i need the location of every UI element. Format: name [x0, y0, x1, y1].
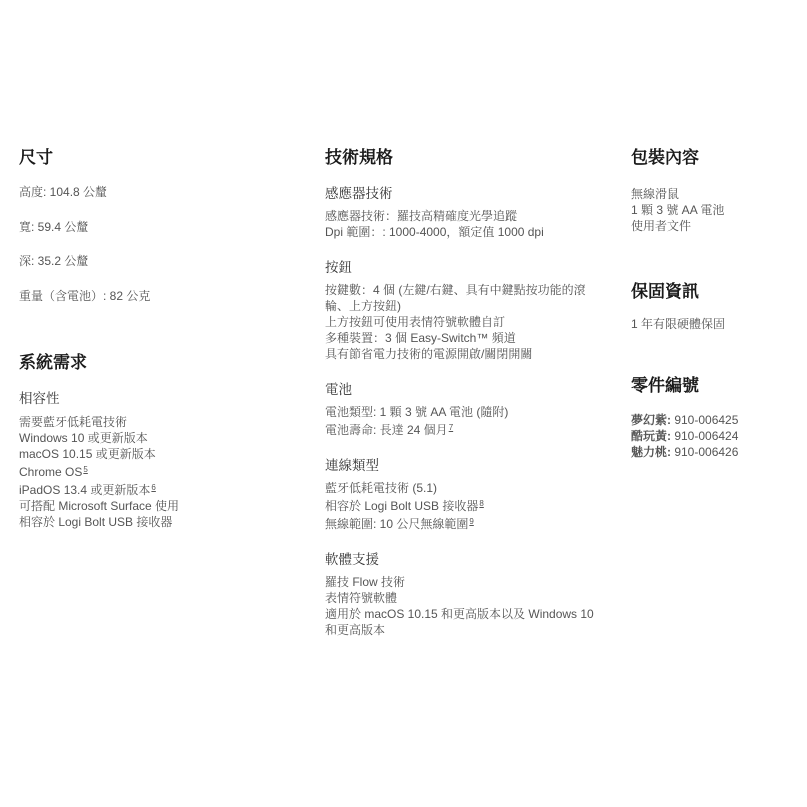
dimension-width: 寬: 59.4 公釐 — [19, 219, 299, 235]
connection-item: 藍牙低耗電技術 (5.1) — [325, 480, 595, 496]
battery-item: 電池類型: 1 顆 3 號 AA 電池 (隨附) — [325, 404, 595, 420]
sensor-item: Dpi 範圍：: 1000-4000，額定值 1000 dpi — [325, 224, 595, 240]
compatibility-heading: 相容性 — [19, 389, 299, 409]
part-number-item: 魅力桃: 910-006426 — [631, 444, 801, 460]
column-package-warranty-parts: 包裝內容 無線滑鼠 1 顆 3 號 AA 電池 使用者文件 保固資訊 1 年有限… — [631, 146, 801, 460]
software-item: 羅技 Flow 技術 — [325, 574, 595, 590]
footnote-link[interactable]: 9 — [469, 517, 473, 526]
buttons-item: 具有節省電力技術的電源開啟/關閉開關 — [325, 346, 595, 362]
sensor-heading: 感應器技術 — [325, 184, 595, 204]
part-number-item: 酷玩黃: 910-006424 — [631, 428, 801, 444]
footnote-link[interactable]: 8 — [479, 499, 483, 508]
package-contents-heading: 包裝內容 — [631, 146, 801, 170]
software-heading: 軟體支援 — [325, 550, 595, 570]
buttons-heading: 按鈕 — [325, 258, 595, 278]
system-requirements-heading: 系統需求 — [19, 351, 299, 375]
compat-item: iPadOS 13.4 或更新版本6 — [19, 480, 299, 498]
dimension-weight: 重量（含電池）: 82 公克 — [19, 288, 299, 304]
dimension-height: 高度: 104.8 公釐 — [19, 184, 299, 200]
footnote-link[interactable]: 6 — [151, 483, 155, 492]
column-tech-specs: 技術規格 感應器技術 感應器技術：羅技高精確度光學追蹤 Dpi 範圍：: 100… — [325, 146, 595, 638]
package-item: 使用者文件 — [631, 218, 801, 234]
warranty-heading: 保固資訊 — [631, 280, 801, 304]
connection-item: 無線範圍: 10 公尺無線範圍9 — [325, 514, 595, 532]
part-numbers-heading: 零件編號 — [631, 374, 801, 398]
compat-item: 相容於 Logi Bolt USB 接收器 — [19, 514, 299, 530]
connection-heading: 連線類型 — [325, 456, 595, 476]
warranty-item: 1 年有限硬體保固 — [631, 316, 801, 332]
software-item: 適用於 macOS 10.15 和更高版本以及 Windows 10 和更高版本 — [325, 606, 595, 638]
package-item: 1 顆 3 號 AA 電池 — [631, 202, 801, 218]
footnote-link[interactable]: 5 — [83, 465, 87, 474]
compat-item: 需要藍牙低耗電技術 — [19, 414, 299, 430]
dimension-depth: 深: 35.2 公釐 — [19, 253, 299, 269]
buttons-item: 按鍵數：4 個 (左鍵/右鍵、具有中鍵點按功能的滾輪、上方按鈕) — [325, 282, 595, 314]
compat-item: Windows 10 或更新版本 — [19, 430, 299, 446]
connection-item: 相容於 Logi Bolt USB 接收器8 — [325, 496, 595, 514]
buttons-item: 上方按鈕可使用表情符號軟體自訂 — [325, 314, 595, 330]
battery-item: 電池壽命: 長達 24 個月7 — [325, 420, 595, 438]
software-item: 表情符號軟體 — [325, 590, 595, 606]
part-number-item: 夢幻紫: 910-006425 — [631, 412, 801, 428]
package-item: 無線滑鼠 — [631, 186, 801, 202]
compat-item: macOS 10.15 或更新版本 — [19, 446, 299, 462]
footnote-link[interactable]: 7 — [449, 423, 453, 432]
compatibility-list: 需要藍牙低耗電技術 Windows 10 或更新版本 macOS 10.15 或… — [19, 414, 299, 530]
battery-heading: 電池 — [325, 380, 595, 400]
dimensions-heading: 尺寸 — [19, 146, 299, 170]
compat-item: Chrome OS5 — [19, 462, 299, 480]
sensor-item: 感應器技術：羅技高精確度光學追蹤 — [325, 208, 595, 224]
compat-item: 可搭配 Microsoft Surface 使用 — [19, 498, 299, 514]
column-dimensions-system: 尺寸 高度: 104.8 公釐 寬: 59.4 公釐 深: 35.2 公釐 重量… — [19, 146, 299, 530]
buttons-item: 多種裝置：3 個 Easy-Switch™ 頻道 — [325, 330, 595, 346]
tech-specs-heading: 技術規格 — [325, 146, 595, 170]
